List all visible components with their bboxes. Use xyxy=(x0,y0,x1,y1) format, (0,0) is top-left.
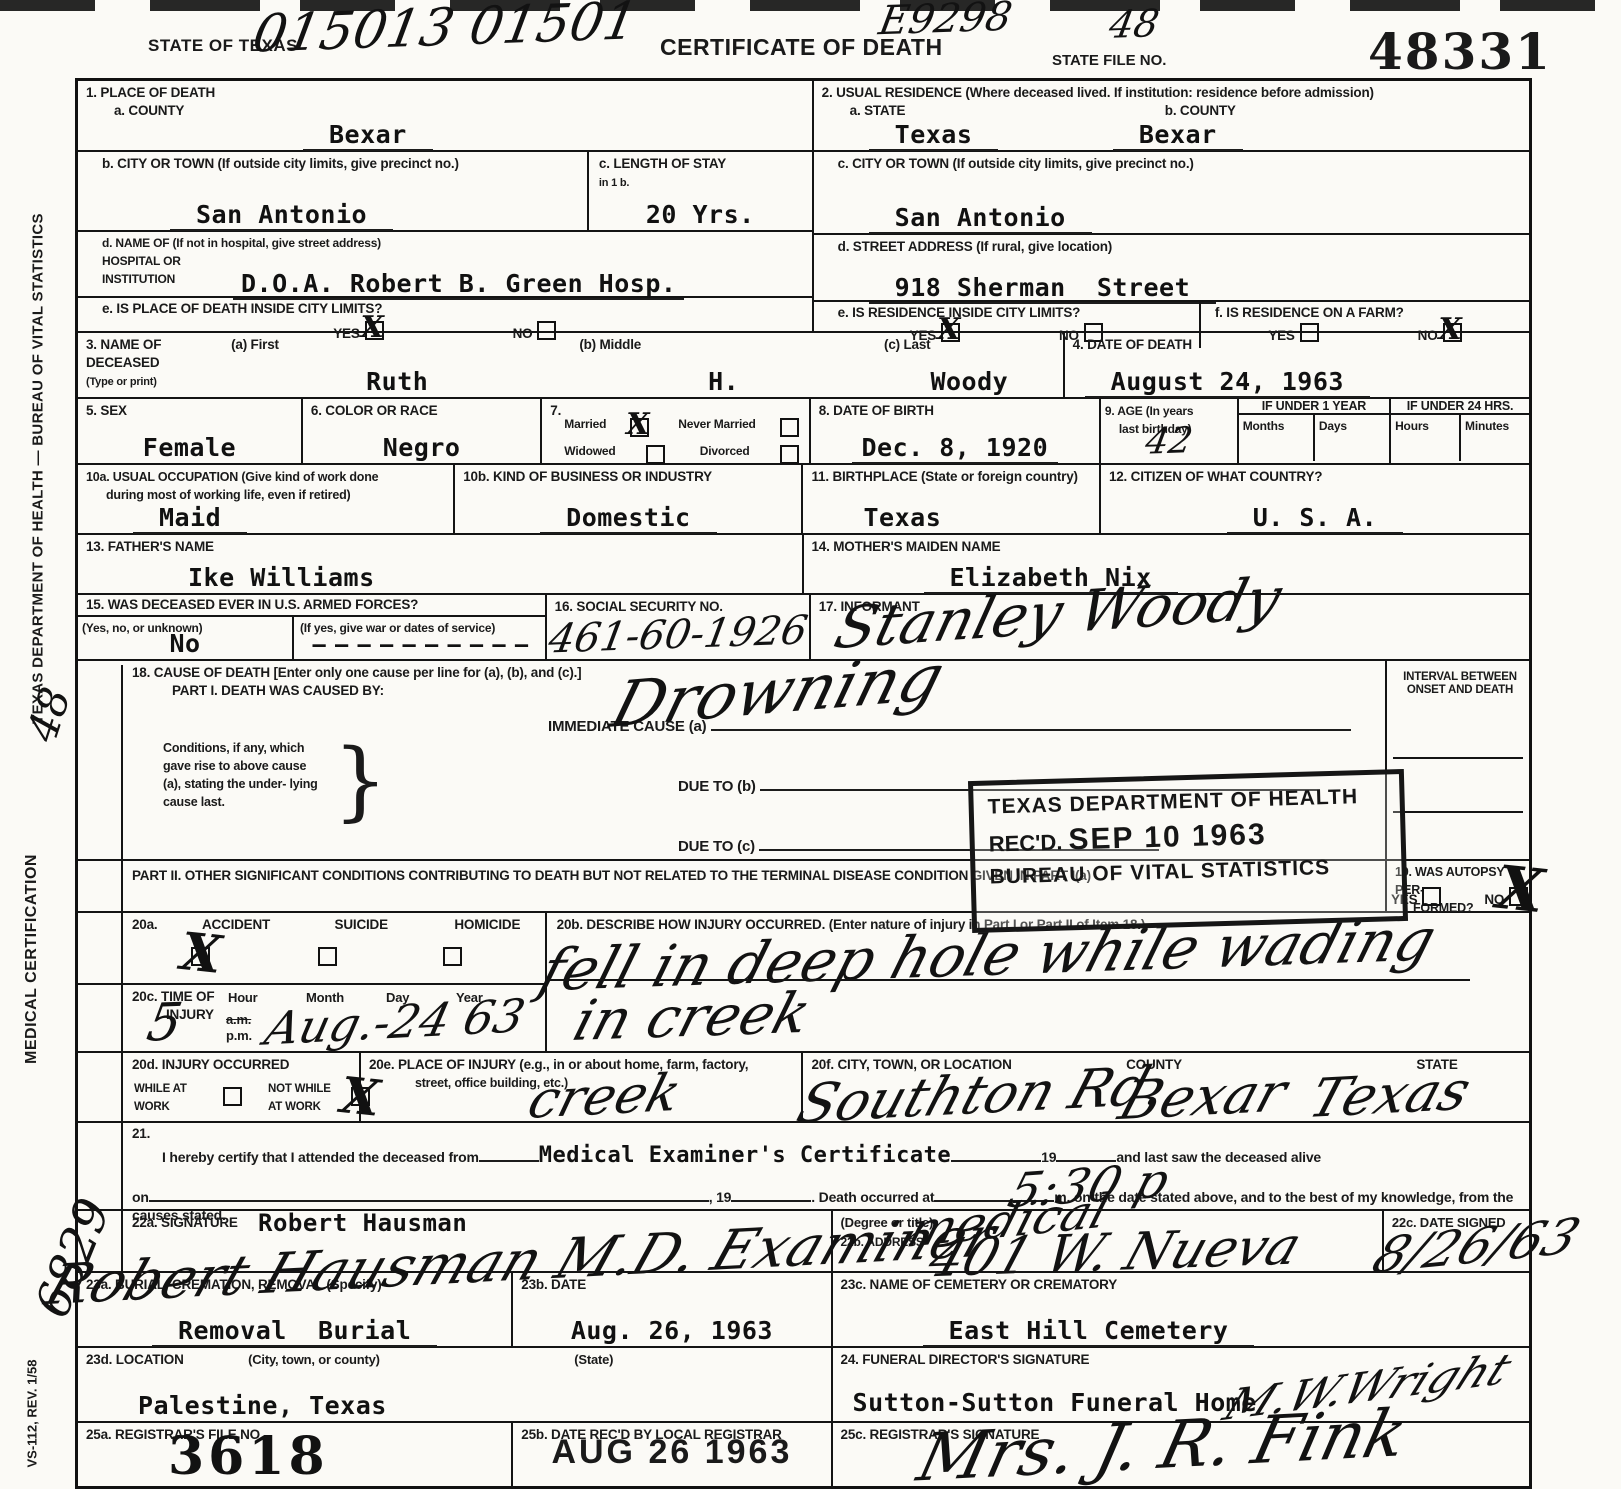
sex-label: 5. SEX xyxy=(86,403,127,418)
state-file-number: 48331 xyxy=(1368,22,1552,81)
margin-handwritten-48: 48 xyxy=(17,682,80,748)
am-label-struck: a.m. xyxy=(226,1013,251,1027)
father-name-label: 13. FATHER'S NAME xyxy=(86,539,214,554)
date-of-death-value: August 24, 1963 xyxy=(1085,367,1370,398)
months-label: Months xyxy=(1243,419,1284,433)
mother-name-label: 14. MOTHER'S MAIDEN NAME xyxy=(812,539,1001,554)
stamp-line3: BUREAU OF VITAL STATISTICS xyxy=(989,854,1390,889)
signature-label: 22a. SIGNATURE xyxy=(132,1215,238,1230)
while-at-work-checkbox xyxy=(223,1087,242,1106)
place-of-death-title: 1. PLACE OF DEATH xyxy=(86,85,215,100)
birthplace-value: Texas xyxy=(863,503,941,532)
cemetery-value: East Hill Cemetery xyxy=(923,1316,1255,1347)
widowed-checkbox xyxy=(646,445,665,464)
injury-state-value: Texas xyxy=(1302,1059,1478,1130)
length-of-stay-sub: in 1 b. xyxy=(599,177,629,189)
father-name-value: Ike Williams xyxy=(188,563,375,592)
color-race-label: 6. COLOR OR RACE xyxy=(311,403,438,418)
date-of-birth-value: Dec. 8, 1920 xyxy=(852,433,1059,464)
days-label: Days xyxy=(1319,419,1347,433)
place-of-injury-value: creek xyxy=(522,1063,688,1131)
residence-farm-label: f. IS RESIDENCE ON A FARM? xyxy=(1215,305,1404,320)
street-address-value: 918 Sherman Street xyxy=(869,273,1216,304)
margin-bureau-text: TEXAS DEPARTMENT OF HEALTH — BUREAU OF V… xyxy=(30,189,47,749)
address-value: 401 W. Nueva xyxy=(920,1217,1307,1290)
residence-state-value: Texas xyxy=(869,120,999,151)
registrar-signature: Mrs. J. R. Fink xyxy=(910,1395,1414,1489)
occupation-value: Maid xyxy=(133,503,247,534)
autopsy-yes-checkbox xyxy=(1422,887,1441,906)
state-file-no-label: STATE FILE NO. xyxy=(1052,52,1166,69)
business-label: 10b. KIND OF BUSINESS OR INDUSTRY xyxy=(463,469,712,484)
burial-location-value: Palestine, Texas xyxy=(138,1391,387,1420)
received-stamp: TEXAS DEPARTMENT OF HEALTH REC'D. SEP 10… xyxy=(968,769,1408,933)
handwritten-code: E9298 xyxy=(875,0,1015,44)
stamp-recd-label: REC'D. xyxy=(988,830,1062,857)
due-to-c-label: DUE TO (c) xyxy=(678,838,755,855)
conditions-note: Conditions, if any, which gave rise to a… xyxy=(163,741,318,809)
city-or-town-label: b. CITY OR TOWN (If outside city limits,… xyxy=(102,156,459,171)
certificate-form: 1. PLACE OF DEATH a. COUNTY Bexar b. CIT… xyxy=(75,78,1532,1489)
married-checkbox: X xyxy=(630,418,649,437)
immediate-cause-value: Drowning xyxy=(603,641,951,743)
birthplace-label: 11. BIRTHPLACE (State or foreign country… xyxy=(811,469,1077,484)
residence-city-value: San Antonio xyxy=(869,203,1092,234)
date-of-birth-label: 8. DATE OF BIRTH xyxy=(819,403,934,418)
part2-text: PART II. OTHER SIGNIFICANT CONDITIONS CO… xyxy=(132,868,1091,883)
first-name-label: (a) First xyxy=(231,337,279,352)
residence-state-label: a. STATE xyxy=(850,103,906,118)
injury-date-value: Aug.-24 63 xyxy=(260,988,530,1055)
pm-label: p.m. xyxy=(226,1029,252,1043)
certification-line2-on: on xyxy=(132,1189,149,1205)
length-of-stay-label: c. LENGTH OF STAY xyxy=(599,156,726,171)
residence-county-label: b. COUNTY xyxy=(1165,103,1236,118)
last-name-label: (c) Last xyxy=(884,337,930,352)
autopsy-no-checkbox: X xyxy=(1509,887,1528,906)
residence-city-label: c. CITY OR TOWN (If outside city limits,… xyxy=(838,156,1194,171)
hour-label: Hour xyxy=(228,991,258,1005)
death-city-limits-label: e. IS PLACE OF DEATH INSIDE CITY LIMITS? xyxy=(102,301,382,316)
manner-label: 20a. xyxy=(132,917,157,932)
middle-name-label: (b) Middle xyxy=(579,337,641,352)
interval-label: INTERVAL BETWEEN ONSET AND DEATH xyxy=(1395,671,1525,696)
county-label: a. COUNTY xyxy=(114,103,184,118)
under-24-hrs-title: IF UNDER 24 HRS. xyxy=(1391,399,1529,415)
section-usual-residence: 2. USUAL RESIDENCE (Where deceased lived… xyxy=(814,81,1529,331)
burial-date-value: Aug. 26, 1963 xyxy=(571,1316,773,1345)
minutes-label: Minutes xyxy=(1465,419,1509,433)
occupation-label: 10a. USUAL OCCUPATION (Give kind of work… xyxy=(86,470,378,484)
section-place-of-death: 1. PLACE OF DEATH a. COUNTY Bexar b. CIT… xyxy=(78,81,814,331)
age-label: 9. AGE (In years xyxy=(1105,404,1193,418)
divorced-checkbox xyxy=(780,445,799,464)
brace-glyph: } xyxy=(333,731,388,831)
citizen-value: U. S. A. xyxy=(1227,503,1403,534)
age-value: 42 xyxy=(1142,420,1195,463)
certification-line1: I hereby certify that I attended the dec… xyxy=(162,1149,479,1165)
homicide-checkbox xyxy=(443,947,462,966)
death-certificate-document: TEXAS DEPARTMENT OF HEALTH — BUREAU OF V… xyxy=(0,0,1621,1489)
under-1-year-title: IF UNDER 1 YEAR xyxy=(1239,399,1389,415)
hospital-value: D.O.A. Robert B. Green Hosp. xyxy=(233,269,684,300)
color-race-value: Negro xyxy=(383,433,461,462)
due-to-b-label: DUE TO (b) xyxy=(678,778,756,795)
first-name-value: Ruth xyxy=(366,367,428,396)
registrar-file-value: 3618 xyxy=(168,1426,329,1487)
armed-forces-dashes: — — — — — — — — — — xyxy=(313,633,527,658)
handwritten-certificate-numbers: 015013 01501 xyxy=(248,0,642,65)
injury-occurred-label: 20d. INJURY OCCURRED xyxy=(132,1057,289,1072)
cause-of-death-title: 18. CAUSE OF DEATH [Enter only one cause… xyxy=(132,665,581,680)
stamp-line1: TEXAS DEPARTMENT OF HEALTH xyxy=(987,784,1388,819)
medical-certification-divider xyxy=(121,665,123,1277)
residence-county-value: Bexar xyxy=(1113,120,1243,151)
citizen-label: 12. CITIZEN OF WHAT COUNTRY? xyxy=(1109,469,1322,484)
hospital-label: d. NAME OF (If not in hospital, give str… xyxy=(102,236,381,250)
city-value: San Antonio xyxy=(170,200,393,231)
street-address-label: d. STREET ADDRESS (If rural, give locati… xyxy=(838,239,1112,254)
usual-residence-title: 2. USUAL RESIDENCE (Where deceased lived… xyxy=(822,85,1374,100)
scan-artifact-strip xyxy=(0,0,1621,11)
marital-status-label: 7. xyxy=(550,403,561,418)
date-of-death-label: 4. DATE OF DEATH xyxy=(1073,337,1192,352)
name-of-deceased-title: 3. NAME OF xyxy=(86,337,161,352)
armed-forces-label: 15. WAS DECEASED EVER IN U.S. ARMED FORC… xyxy=(78,595,545,617)
certification-number: 21. xyxy=(132,1126,150,1141)
last-name-value: Woody xyxy=(930,367,1008,396)
burial-location-label: 23d. LOCATION xyxy=(86,1352,184,1367)
middle-name-value: H. xyxy=(708,367,739,396)
injury-county-value: Bexar xyxy=(1112,1061,1295,1132)
business-value: Domestic xyxy=(540,503,716,534)
medical-examiner-certificate: Medical Examiner's Certificate xyxy=(539,1143,951,1168)
burial-value: Removal Burial xyxy=(152,1316,437,1347)
death-occurred-at: . Death occurred at xyxy=(811,1189,934,1205)
county-value: Bexar xyxy=(303,120,433,151)
armed-forces-value: No xyxy=(169,629,200,658)
handwritten-48: 48 xyxy=(1106,1,1162,47)
accident-checkbox: X xyxy=(191,947,210,966)
never-married-checkbox xyxy=(780,418,799,437)
stamp-date: SEP 10 1963 xyxy=(1068,818,1267,857)
length-of-stay-value: 20 Yrs. xyxy=(646,200,755,229)
funeral-director-label: 24. FUNERAL DIRECTOR'S SIGNATURE xyxy=(841,1352,1090,1367)
date-signed-value: 8/26/63 xyxy=(1364,1207,1588,1285)
suicide-checkbox xyxy=(318,947,337,966)
registrar-date-stamp: AUG 26 1963 xyxy=(513,1433,830,1472)
margin-medical-certification: MEDICAL CERTIFICATION xyxy=(23,809,41,1109)
margin-form-code: VS-112, REV. 1/58 xyxy=(25,1308,40,1468)
injury-description-line2: in creek xyxy=(566,981,817,1054)
hours-label: Hours xyxy=(1395,419,1429,433)
part1-label: PART I. DEATH WAS CAUSED BY: xyxy=(172,683,384,698)
sex-value: Female xyxy=(143,433,236,462)
